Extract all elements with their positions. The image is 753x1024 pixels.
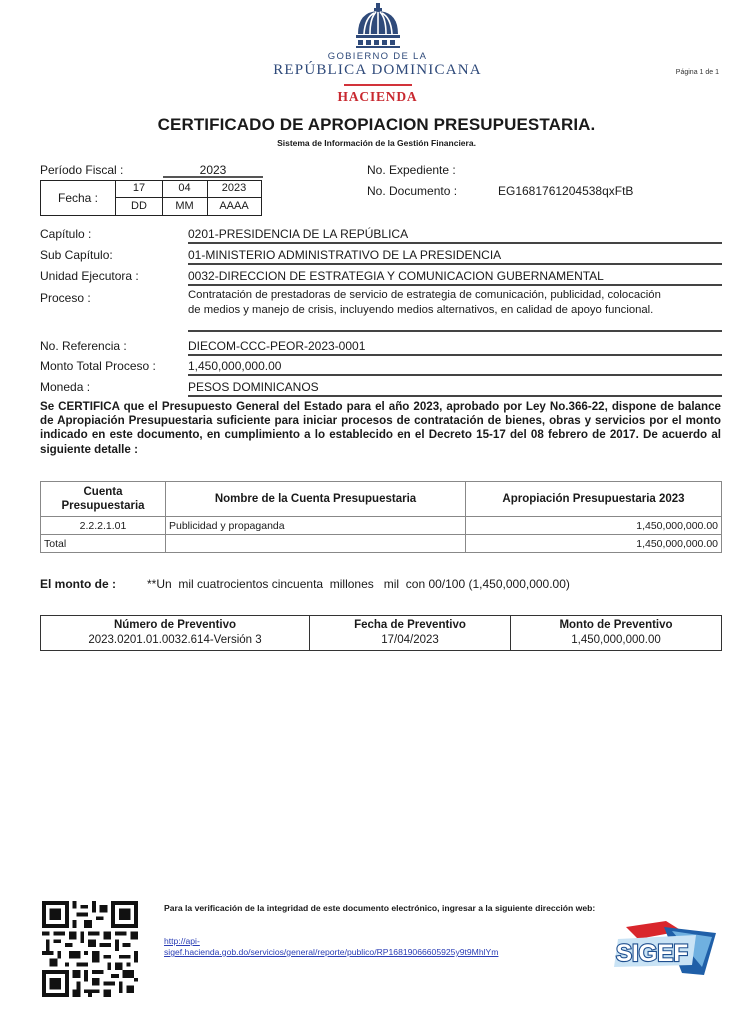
fecha-day: 17 xyxy=(116,182,162,194)
preventivo-header-row: Número de Preventivo Fecha de Preventivo… xyxy=(41,616,722,634)
moneda-value: PESOS DOMINICANOS xyxy=(188,380,319,394)
unidad-ejecutora-value: 0032-DIRECCION DE ESTRATEGIA Y COMUNICAC… xyxy=(188,269,604,283)
periodo-underline xyxy=(163,176,263,178)
table-row: 2.2.2.1.01 Publicidad y propaganda 1,450… xyxy=(41,517,722,535)
sub-capitulo-underline xyxy=(188,263,722,265)
col-header-cuenta: Cuenta Presupuestaria xyxy=(41,482,166,517)
fecha-year-label: AAAA xyxy=(207,200,261,212)
periodo-fiscal-label: Período Fiscal : xyxy=(40,163,123,177)
proceso-value-line2: de medios y manejo de crisis, incluyendo… xyxy=(188,304,653,316)
proceso-value-line1: Contratación de prestadoras de servicio … xyxy=(188,289,661,301)
verification-text: Para la verificación de la integridad de… xyxy=(164,903,604,914)
logo-republica-text: REPÚBLICA DOMINICANA xyxy=(270,62,485,79)
cell-total-empty xyxy=(166,535,466,553)
col-header-nombre: Nombre de la Cuenta Presupuestaria xyxy=(166,482,466,517)
sigef-logo-text: SIGEF xyxy=(616,940,688,967)
cell-total-value: 1,450,000,000.00 xyxy=(466,535,722,553)
sigef-logo-icon: SIGEF xyxy=(612,917,720,981)
expediente-label: No. Expediente : xyxy=(367,163,456,177)
logo-gobierno-text: GOBIERNO DE LA xyxy=(270,51,485,62)
verification-link-line2[interactable]: sigef.hacienda.gob.do/servicios/general/… xyxy=(164,947,498,957)
referencia-underline xyxy=(188,354,722,356)
preventivo-fecha-header: Fecha de Preventivo xyxy=(310,616,511,634)
moneda-label: Moneda : xyxy=(40,380,90,394)
proceso-underline xyxy=(188,330,722,332)
preventivo-monto-value: 1,450,000,000.00 xyxy=(511,633,722,651)
cell-apropiacion: 1,450,000,000.00 xyxy=(466,517,722,535)
fecha-day-label: DD xyxy=(116,200,162,212)
col-header-cuenta-line1: Cuenta xyxy=(84,486,123,498)
certification-paragraph: Se CERTIFICA que el Presupuesto General … xyxy=(40,400,721,457)
hacienda-logo: GOBIERNO DE LA REPÚBLICA DOMINICANA HACI… xyxy=(270,2,485,107)
logo-divider xyxy=(344,84,412,86)
capitulo-underline xyxy=(188,242,722,244)
sigef-logo: SIGEF xyxy=(612,917,720,981)
qr-code-icon xyxy=(42,901,138,997)
fecha-month-label: MM xyxy=(162,200,207,212)
monto-letras-label: El monto de : xyxy=(40,577,116,591)
unidad-ejecutora-underline xyxy=(188,284,722,286)
page-indicator: Página 1 de 1 xyxy=(676,69,719,76)
fecha-box: Fecha : 17 04 2023 DD MM AAAA xyxy=(40,180,262,216)
document-title: CERTIFICADO DE APROPIACION PRESUPUESTARI… xyxy=(0,115,753,135)
moneda-underline xyxy=(188,395,722,397)
referencia-value: DIECOM-CCC-PEOR-2023-0001 xyxy=(188,339,365,353)
cell-nombre: Publicidad y propaganda xyxy=(166,517,466,535)
capitulo-value: 0201-PRESIDENCIA DE LA REPÚBLICA xyxy=(188,227,408,241)
preventivo-value-row: 2023.0201.01.0032.614-Versión 3 17/04/20… xyxy=(41,633,722,651)
proceso-label: Proceso : xyxy=(40,291,91,305)
sub-capitulo-value: 01-MINISTERIO ADMINISTRATIVO DE LA PRESI… xyxy=(188,248,501,262)
col-header-cuenta-line2: Presupuestaria xyxy=(61,500,144,512)
verification-link[interactable]: http://api- sigef.hacienda.gob.do/servic… xyxy=(164,936,604,958)
preventivo-numero-value: 2023.0201.01.0032.614-Versión 3 xyxy=(41,633,310,651)
dome-logo-icon xyxy=(352,2,404,50)
budget-table-header-row: Cuenta Presupuestaria Nombre de la Cuent… xyxy=(41,482,722,517)
capitulo-label: Capítulo : xyxy=(40,227,91,241)
col-header-apropiacion: Apropiación Presupuestaria 2023 xyxy=(466,482,722,517)
verification-link-line1[interactable]: http://api- xyxy=(164,936,200,946)
documento-label: No. Documento : xyxy=(367,184,457,198)
monto-total-label: Monto Total Proceso : xyxy=(40,359,156,373)
preventivo-monto-header: Monto de Preventivo xyxy=(511,616,722,634)
periodo-fiscal-value: 2023 xyxy=(163,163,263,177)
table-total-row: Total 1,450,000,000.00 xyxy=(41,535,722,553)
cell-cuenta: 2.2.2.1.01 xyxy=(41,517,166,535)
fecha-year: 2023 xyxy=(207,182,261,194)
fecha-month: 04 xyxy=(162,182,207,194)
fecha-label: Fecha : xyxy=(41,181,116,215)
fecha-row-divider xyxy=(116,197,261,198)
preventivo-fecha-value: 17/04/2023 xyxy=(310,633,511,651)
preventivo-numero-header: Número de Preventivo xyxy=(41,616,310,634)
referencia-label: No. Referencia : xyxy=(40,339,127,353)
documento-value: EG1681761204538qxFtB xyxy=(498,184,633,198)
preventivo-table: Número de Preventivo Fecha de Preventivo… xyxy=(40,615,722,651)
logo-hacienda-text: HACIENDA xyxy=(270,89,485,105)
monto-total-underline xyxy=(188,374,722,376)
sub-capitulo-label: Sub Capítulo: xyxy=(40,248,113,262)
monto-total-value: 1,450,000,000.00 xyxy=(188,359,281,373)
cell-total-label: Total xyxy=(41,535,166,553)
monto-letras-value: **Un mil cuatrocientos cincuenta millone… xyxy=(147,577,570,591)
budget-table: Cuenta Presupuestaria Nombre de la Cuent… xyxy=(40,481,722,553)
document-subtitle: Sistema de Información de la Gestión Fin… xyxy=(0,138,753,148)
unidad-ejecutora-label: Unidad Ejecutora : xyxy=(40,269,139,283)
